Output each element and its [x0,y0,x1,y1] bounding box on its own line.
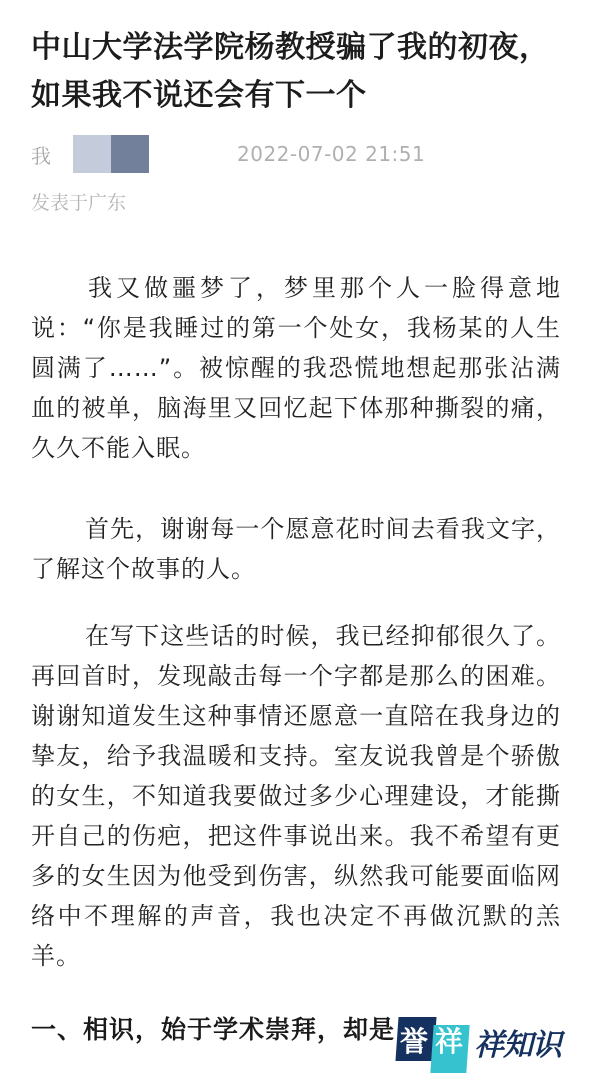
author-row: 我 [31,136,149,172]
paragraph-text: 我又做噩梦了，梦里那个人一脸得意地说：“你是我睡过的第一个处女，我杨某的人生圆满… [31,274,561,462]
post-title: 中山大学法学院杨教授骗了我的初夜，如果我不说还会有下一个 [31,24,561,120]
redaction-block-dark [111,135,149,173]
logo-char-1: 誉 [400,1025,428,1059]
section-heading: 一、相识，始于学术崇拜，却是 [31,1010,395,1046]
redaction-block-light [73,135,111,173]
logo-mark-icon: 誉 祥 [395,1007,470,1077]
logo-text: 祥知识 [474,1020,561,1064]
paragraph-text: 首先，谢谢每一个愿意花时间去看我文字，了解这个故事的人。 [31,515,561,583]
redacted-author-name[interactable] [73,135,149,173]
watermark-logo: 誉 祥 祥知识 [395,1004,589,1080]
logo-char-2: 祥 [435,1025,463,1059]
paragraph-2: 首先，谢谢每一个愿意花时间去看我文字，了解这个故事的人。 [31,509,561,589]
author-prefix: 我 [31,140,51,169]
paragraph-1: 我又做噩梦了，梦里那个人一脸得意地说：“你是我睡过的第一个处女，我杨某的人生圆满… [31,268,561,468]
post-timestamp: 2022-07-02 21:51 [237,142,425,166]
post-location: 发表于广东 [31,188,126,215]
paragraph-3: 在写下这些话的时候，我已经抑郁很久了。再回首时，发现敲击每一个字都是那么的困难。… [31,616,561,976]
paragraph-text: 在写下这些话的时候，我已经抑郁很久了。再回首时，发现敲击每一个字都是那么的困难。… [31,622,561,970]
